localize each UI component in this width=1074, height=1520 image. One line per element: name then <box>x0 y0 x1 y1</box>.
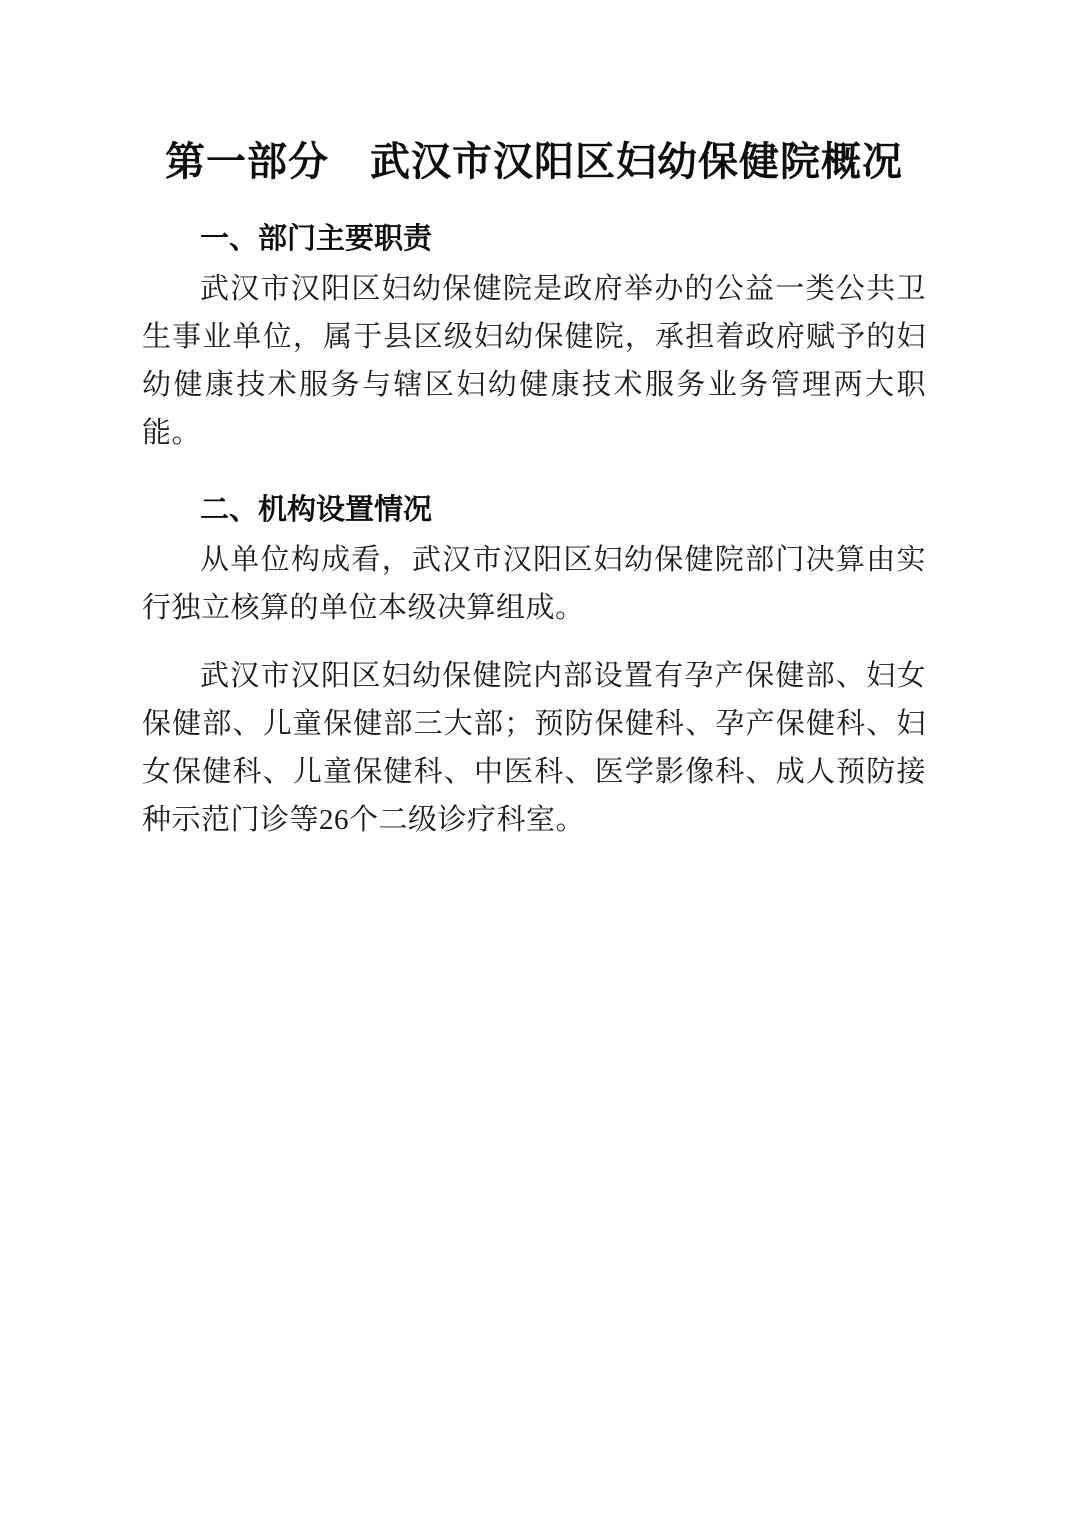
paragraph-budget-composition: 从单位构成看，武汉市汉阳区妇幼保健院部门决算由实行独立核算的单位本级决算组成。 <box>142 536 926 632</box>
section-org-structure: 二、机构设置情况 从单位构成看，武汉市汉阳区妇幼保健院部门决算由实行独立核算的单… <box>142 490 926 844</box>
section-main-duties: 一、部门主要职责 武汉市汉阳区妇幼保健院是政府举办的公益一类公共卫生事业单位，属… <box>142 219 926 457</box>
document-title: 第一部分 武汉市汉阳区妇幼保健院概况 <box>142 138 926 186</box>
paragraph-internal-departments: 武汉市汉阳区妇幼保健院内部设置有孕产保健部、妇女保健部、儿童保健部三大部；预防保… <box>142 652 926 844</box>
paragraph-duties: 武汉市汉阳区妇幼保健院是政府举办的公益一类公共卫生事业单位，属于县区级妇幼保健院… <box>142 265 926 457</box>
section-heading-duties: 一、部门主要职责 <box>142 219 926 259</box>
section-heading-structure: 二、机构设置情况 <box>142 490 926 530</box>
document-page: 第一部分 武汉市汉阳区妇幼保健院概况 一、部门主要职责 武汉市汉阳区妇幼保健院是… <box>0 0 1074 1520</box>
